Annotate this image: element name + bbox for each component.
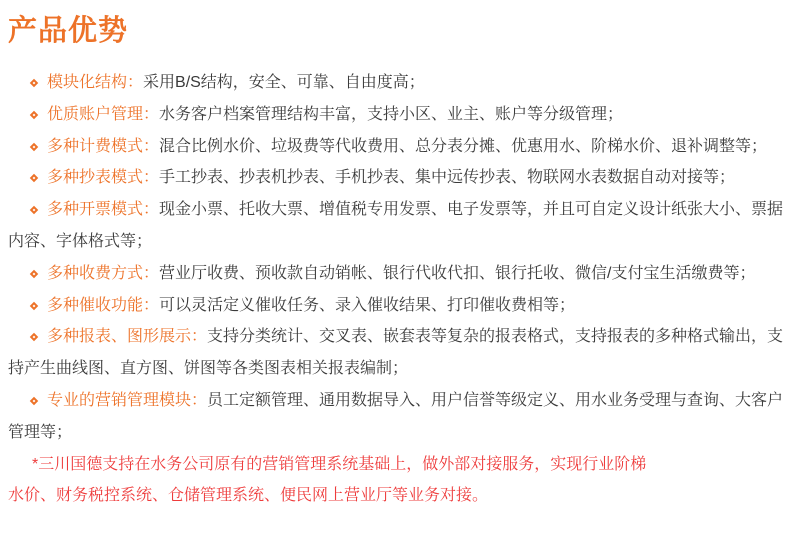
advantage-list: 模块化结构：采用B/S结构，安全、可靠、自由度高； 优质账户管理：水务客户档案管…	[8, 67, 788, 512]
diamond-bullet-icon	[30, 142, 38, 150]
item-label: 多种报表、图形展示：	[47, 328, 207, 345]
product-advantages-page: 产品优势 模块化结构：采用B/S结构，安全、可靠、自由度高； 优质账户管理：水务…	[0, 0, 796, 538]
list-item: 模块化结构：采用B/S结构，安全、可靠、自由度高；	[8, 67, 788, 99]
list-item: 多种开票模式：现金小票、托收大票、增值税专用发票、电子发票等，并且可自定义设计纸…	[8, 194, 788, 258]
item-label: 专业的营销管理模块：	[47, 392, 207, 409]
diamond-bullet-icon	[30, 333, 38, 341]
item-label: 多种计费模式：	[47, 138, 159, 155]
footnote-line: *三川国德支持在水务公司原有的营销管理系统基础上，做外部对接服务，实现行业阶梯	[8, 449, 788, 481]
diamond-bullet-icon	[30, 79, 38, 87]
item-text: 混合比例水价、垃圾费等代收费用、总分表分摊、优惠用水、阶梯水价、退补调整等；	[159, 138, 767, 155]
diamond-bullet-icon	[30, 206, 38, 214]
diamond-bullet-icon	[30, 174, 38, 182]
item-label: 模块化结构：	[47, 74, 143, 91]
list-item: 多种计费模式：混合比例水价、垃圾费等代收费用、总分表分摊、优惠用水、阶梯水价、退…	[8, 131, 788, 163]
footnote-line: 水价、财务税控系统、仓储管理系统、便民网上营业厅等业务对接。	[8, 480, 788, 512]
diamond-bullet-icon	[30, 111, 38, 119]
list-item: 多种报表、图形展示：支持分类统计、交叉表、嵌套表等复杂的报表格式，支持报表的多种…	[8, 321, 788, 385]
item-text: 手工抄表、抄表机抄表、手机抄表、集中远传抄表、物联网水表数据自动对接等；	[159, 169, 735, 186]
item-label: 优质账户管理：	[47, 106, 159, 123]
list-item: 多种收费方式：营业厅收费、预收款自动销帐、银行代收代扣、银行托收、微信/支付宝生…	[8, 258, 788, 290]
item-label: 多种催收功能：	[47, 297, 159, 314]
list-item: 多种催收功能：可以灵活定义催收任务、录入催收结果、打印催收费相等；	[8, 290, 788, 322]
list-item: 优质账户管理：水务客户档案管理结构丰富，支持小区、业主、账户等分级管理；	[8, 99, 788, 131]
item-text: 可以灵活定义催收任务、录入催收结果、打印催收费相等；	[159, 297, 575, 314]
diamond-bullet-icon	[30, 397, 38, 405]
diamond-bullet-icon	[30, 270, 38, 278]
item-label: 多种收费方式：	[47, 265, 159, 282]
list-item: 多种抄表模式：手工抄表、抄表机抄表、手机抄表、集中远传抄表、物联网水表数据自动对…	[8, 162, 788, 194]
item-text: 采用B/S结构，安全、可靠、自由度高；	[143, 74, 425, 91]
item-label: 多种抄表模式：	[47, 169, 159, 186]
item-text: 水务客户档案管理结构丰富，支持小区、业主、账户等分级管理；	[159, 106, 623, 123]
page-title: 产品优势	[8, 13, 788, 49]
list-item: 专业的营销管理模块：员工定额管理、通用数据导入、用户信誉等级定义、用水业务受理与…	[8, 385, 788, 449]
diamond-bullet-icon	[30, 301, 38, 309]
item-text: 营业厅收费、预收款自动销帐、银行代收代扣、银行托收、微信/支付宝生活缴费等；	[159, 265, 755, 282]
item-label: 多种开票模式：	[47, 201, 159, 218]
